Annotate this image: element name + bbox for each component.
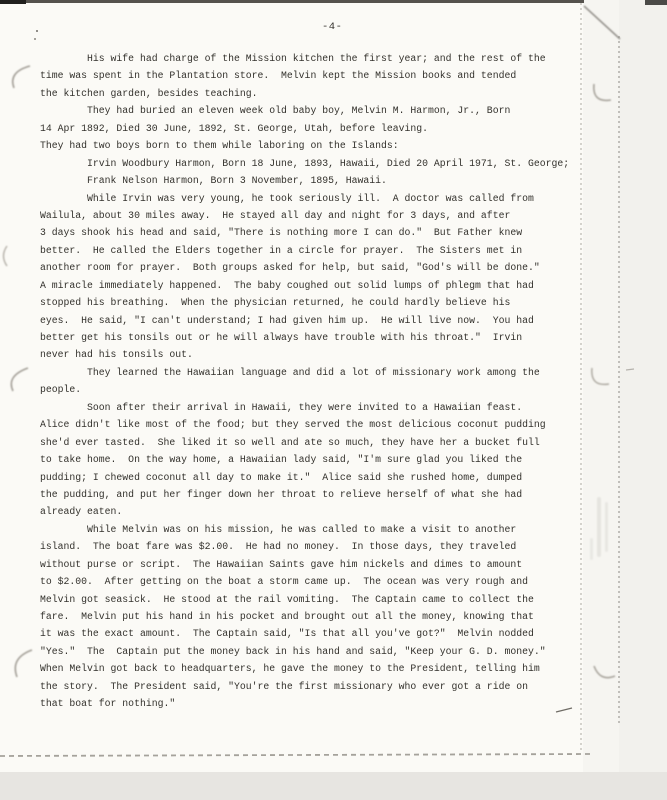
text-line: people.	[40, 381, 580, 398]
text-line: Soon after their arrival in Hawaii, they…	[40, 399, 580, 416]
text-line: 3 days shook his head and said, "There i…	[40, 224, 580, 241]
dust-speck	[36, 30, 38, 32]
text-line: it was the exact amount. The Captain sai…	[40, 625, 580, 642]
text-line: They learned the Hawaiian language and d…	[40, 364, 580, 381]
text-line: already eaten.	[40, 503, 580, 520]
text-line: While Irvin was very young, he took seri…	[40, 190, 580, 207]
text-line: island. The boat fare was $2.00. He had …	[40, 538, 580, 555]
text-line: fare. Melvin put his hand in his pocket …	[40, 608, 580, 625]
scan-top-edge-dark-right	[645, 0, 667, 5]
text-line: to $2.00. After getting on the boat a st…	[40, 573, 580, 590]
text-line: "Yes." The Captain put the money back in…	[40, 643, 580, 660]
text-line: that boat for nothing."	[40, 695, 580, 712]
typewritten-text-body: His wife had charge of the Mission kitch…	[40, 50, 580, 713]
text-line: better. He called the Elders together in…	[40, 242, 580, 259]
backing-sheet	[583, 0, 619, 790]
text-line: she'd ever tasted. She liked it so well …	[40, 434, 580, 451]
text-line: another room for prayer. Both groups ask…	[40, 259, 580, 276]
text-line: without purse or script. The Hawaiian Sa…	[40, 556, 580, 573]
text-line: stopped his breathing. When the physicia…	[40, 294, 580, 311]
scanner-bottom-band	[0, 772, 667, 800]
text-line: His wife had charge of the Mission kitch…	[40, 50, 580, 67]
dust-speck	[34, 38, 36, 40]
text-line: Frank Nelson Harmon, Born 3 November, 18…	[40, 172, 580, 189]
text-line: When Melvin got back to headquarters, he…	[40, 660, 580, 677]
text-line: the story. The President said, "You're t…	[40, 678, 580, 695]
text-line: Irvin Woodbury Harmon, Born 18 June, 189…	[40, 155, 580, 172]
text-line: to take home. On the way home, a Hawaiia…	[40, 451, 580, 468]
text-line: pudding; I chewed coconut all day to mak…	[40, 469, 580, 486]
text-line: A miracle immediately happened. The baby…	[40, 277, 580, 294]
text-line: never had his tonsils out.	[40, 346, 580, 363]
text-line: eyes. He said, "I can't understand; I ha…	[40, 312, 580, 329]
text-line: Melvin got seasick. He stood at the rail…	[40, 591, 580, 608]
text-line: While Melvin was on his mission, he was …	[40, 521, 580, 538]
scan-top-edge-dark-left	[0, 0, 26, 4]
scan-top-edge	[0, 0, 584, 3]
text-line: Wailula, about 30 miles away. He stayed …	[40, 207, 580, 224]
text-line: They had two boys born to them while lab…	[40, 137, 580, 154]
text-line: time was spent in the Plantation store. …	[40, 67, 580, 84]
page-number: -4-	[322, 21, 342, 33]
scanner-background	[619, 0, 667, 800]
text-line: 14 Apr 1892, Died 30 June, 1892, St. Geo…	[40, 120, 580, 137]
scanned-typescript-page: -4- His wife had charge of the Mission k…	[0, 0, 667, 800]
text-line: better get his tonsils out or he will al…	[40, 329, 580, 346]
text-line: Alice didn't like most of the food; but …	[40, 416, 580, 433]
text-line: the kitchen garden, besides teaching.	[40, 85, 580, 102]
text-line: They had buried an eleven week old baby …	[40, 102, 580, 119]
text-line: the pudding, and put her finger down her…	[40, 486, 580, 503]
